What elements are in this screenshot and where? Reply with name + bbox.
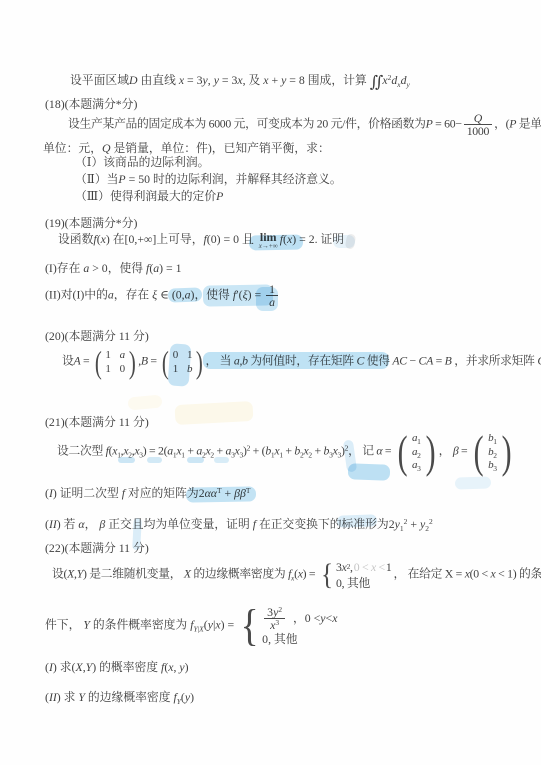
problem-18-part3: （Ⅲ）使得利润最大的定价P — [75, 189, 223, 204]
problem-22-statement-line2: 件下， Y 的条件概率密度为 fY|X(y|x) = {3y2x3 ，0 < y… — [45, 604, 339, 648]
problem-18-statement-line1: 设生产某产品的固定成本为 6000 元，可变成本为 20 元/件，价格函数为P … — [68, 112, 541, 138]
integral-problem-statement: 设平面区域D 由直线 x = 3y, y = 3x, 及 x + y = 8 围… — [70, 73, 410, 94]
problem-20-header: (20)(本题满分 11 分) — [45, 329, 149, 344]
problem-19-part1: (I)存在 a > 0，使得 f(a) = 1 — [45, 261, 182, 276]
problem-18-part2: （Ⅱ）当P = 50 时的边际利润，并解释其经济意义。 — [75, 172, 342, 187]
problem-19-part2: (II)对(I)中的a，存在 ξ ∈ (0,a)，使得 f′(ξ) = 1a — [45, 283, 280, 309]
problem-18-header: (18)(本题满分*分) — [45, 97, 137, 112]
problem-19-header: (19)(本题满分*分) — [45, 216, 137, 231]
problem-21-statement: 设二次型 f(x1,x2,x3) = 2(a1x1 + a2x2 + a3x3)… — [57, 429, 515, 475]
problem-19-statement: 设函数f(x) 在[0,+∞]上可导，f(0) = 0 且 limx→+∞f(x… — [58, 231, 344, 250]
highlighter-mark — [345, 233, 356, 249]
exam-page: 设平面区域D 由直线 x = 3y, y = 3x, 及 x + y = 8 围… — [0, 0, 541, 765]
problem-22-header: (22)(本题满分 11 分) — [45, 541, 149, 556]
highlighter-mark — [127, 395, 162, 411]
problem-20-statement: 设A = (1a10),B = (011b)， 当 a,b 为何值时，存在矩阵 … — [62, 346, 541, 378]
problem-21-part2: (II) 若 α， β 正交且均为单位变量，证明 f 在正交变换下的标准形为2y… — [45, 517, 433, 532]
problem-22-part1: (I) 求(X,Y) 的概率密度 f(x, y) — [45, 660, 189, 675]
highlighter-mark — [455, 476, 491, 489]
problem-22-part2: (II) 求 Y 的边缘概率密度 fY(y) — [45, 690, 194, 705]
problem-22-statement-line1: 设(X,Y) 是二维随机变量， X 的边缘概率密度为 fx(x) = {3x2,… — [52, 560, 541, 590]
highlighter-mark — [175, 401, 254, 425]
problem-18-part1: （Ⅰ）该商品的边际利润。 — [75, 155, 209, 170]
problem-21-part1: (I) 证明二次型 f 对应的矩阵为2ααT + ββT — [45, 486, 251, 501]
